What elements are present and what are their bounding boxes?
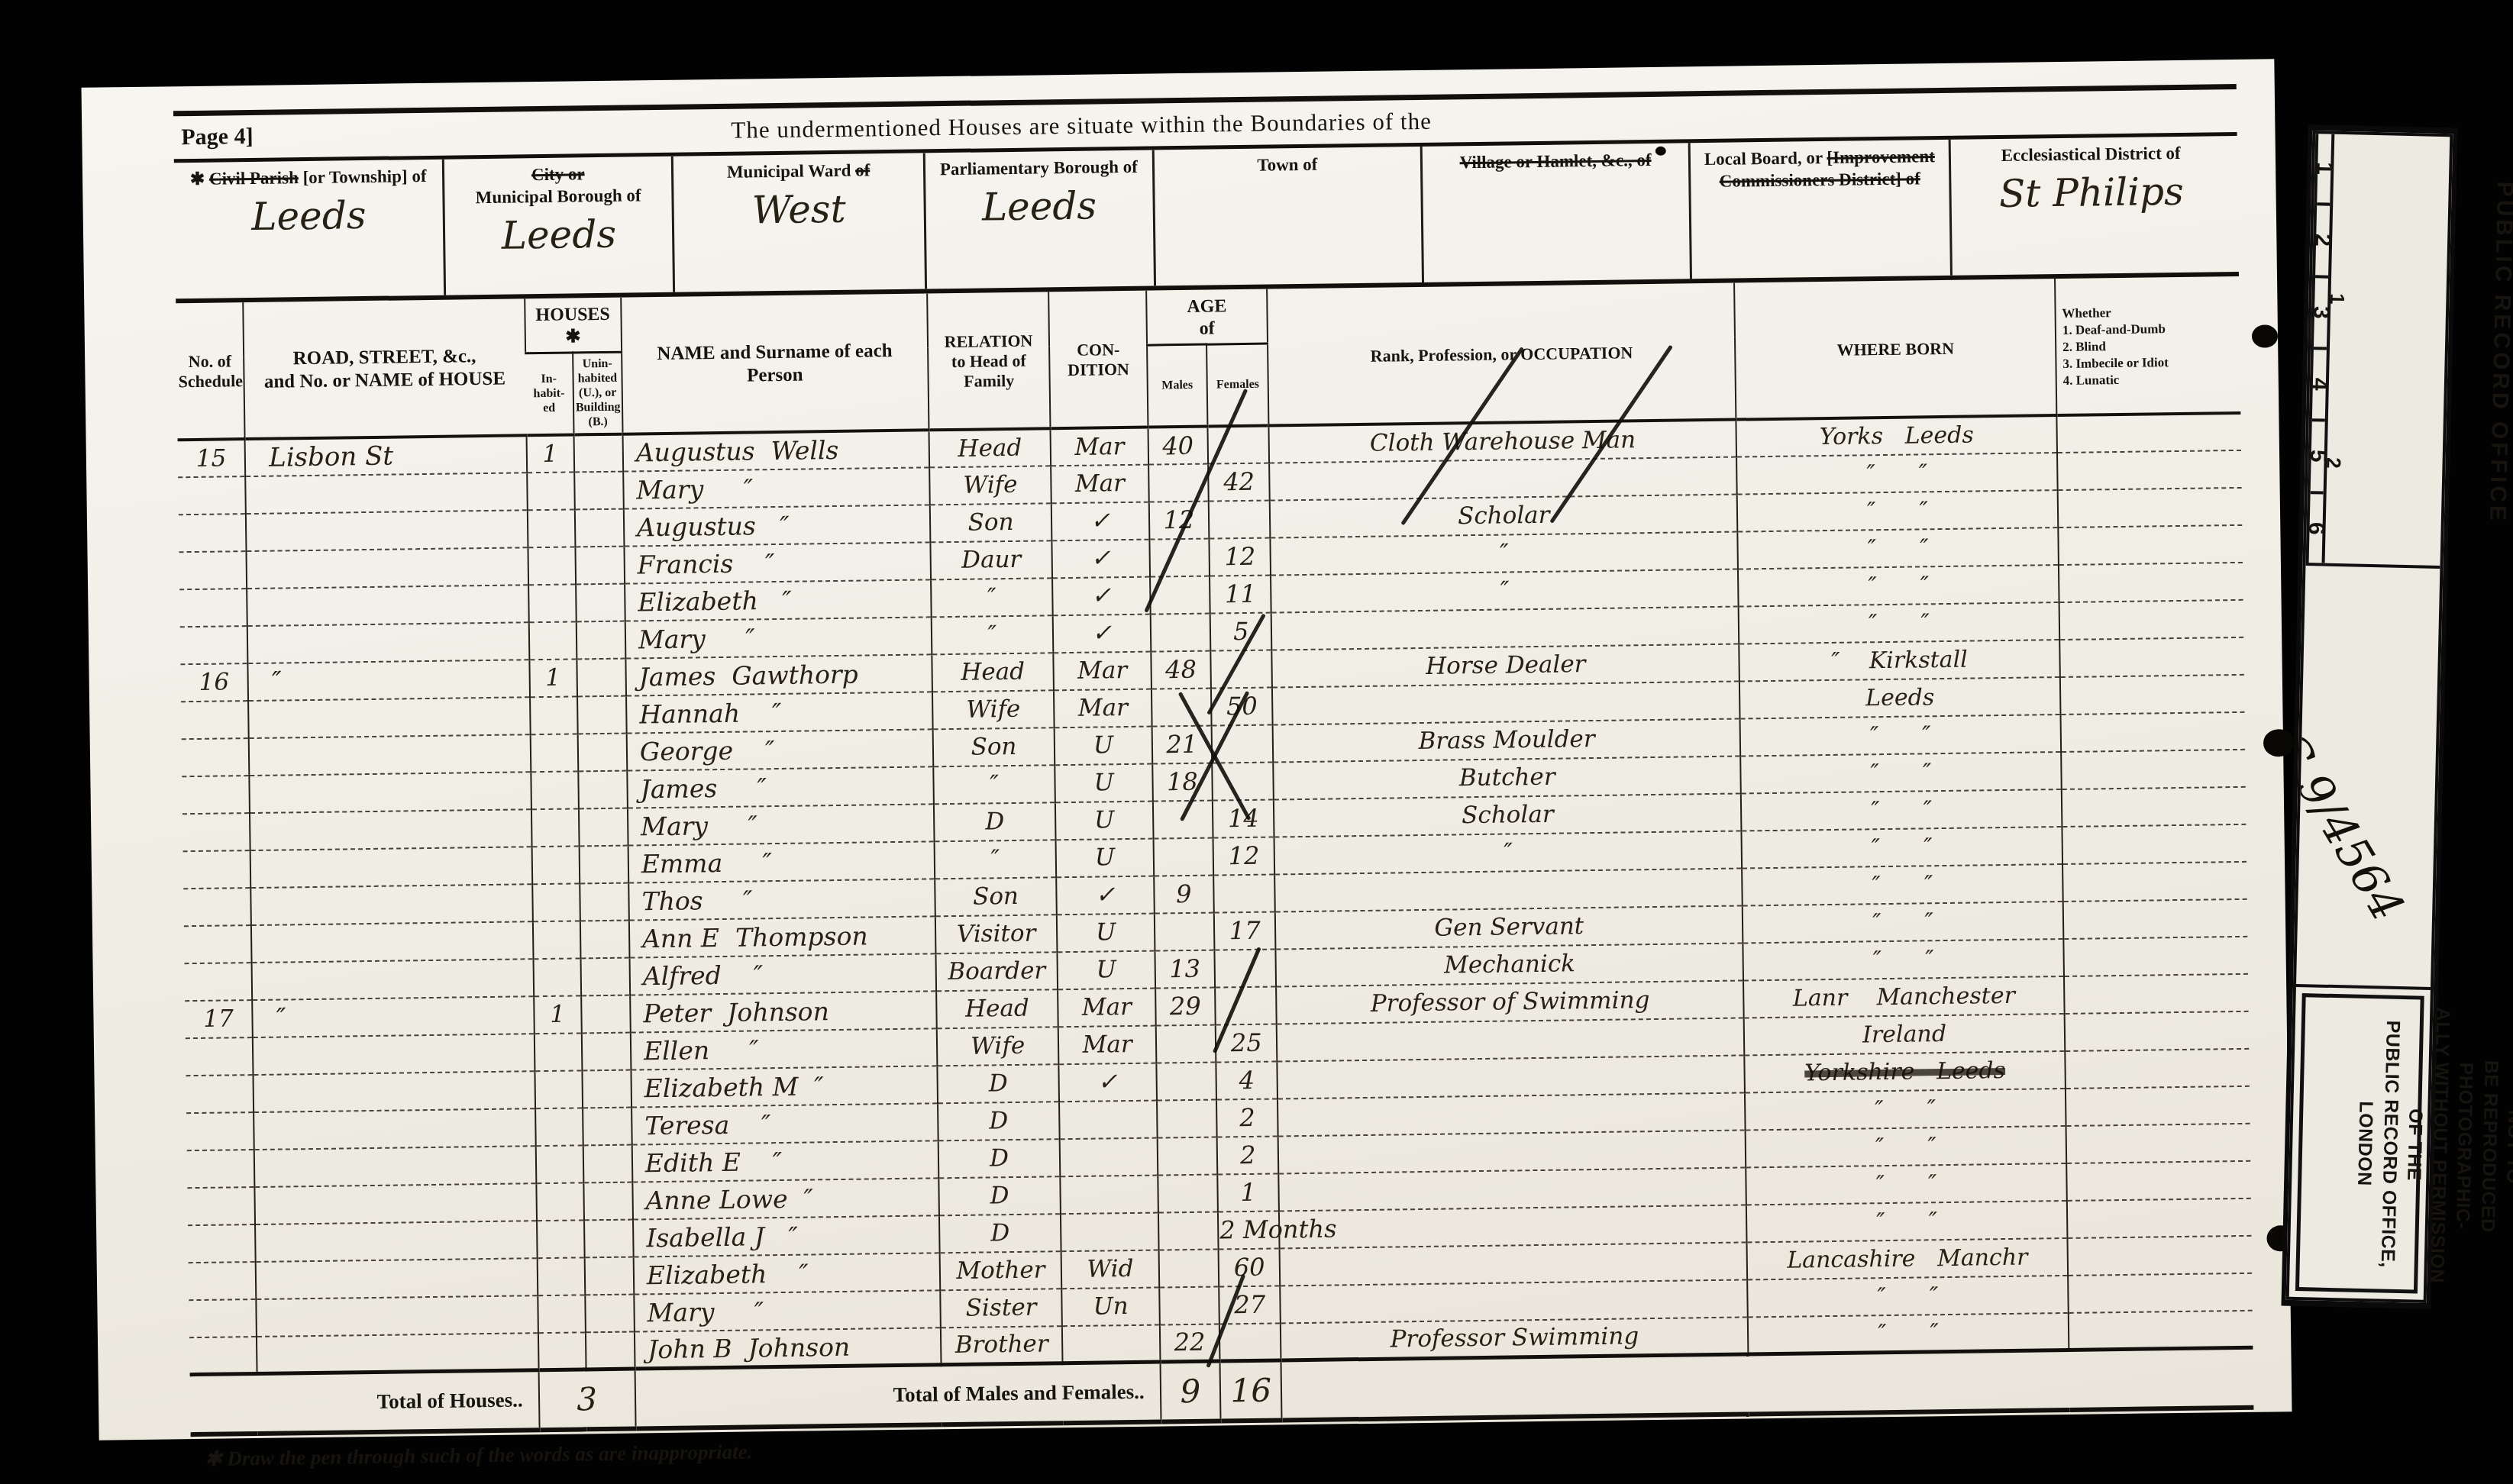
cell-street [255,1183,537,1224]
cell-inhabited [534,1033,582,1071]
cell-name: Alfred ″ [629,953,935,995]
cell-male [1159,1286,1219,1324]
total-empty [1281,1347,2254,1420]
cell-name: Ann E Thompson [629,916,935,957]
cell-male [1157,1099,1217,1137]
cell-relation: D [938,1102,1060,1140]
cell-condition [1060,1137,1158,1176]
cell-relation: Visitor [935,915,1057,953]
col-header-condition: CON- DITION [1049,291,1148,428]
cell-occupation [1274,868,1743,911]
cell-male [1153,837,1213,876]
cell-uninhabited [583,1144,632,1182]
cell-schedule [182,738,250,776]
cell-occupation [1280,1242,1748,1286]
cell-schedule: 16 [180,663,248,702]
cell-female: 4 [1216,1061,1278,1099]
col-header-females: Females [1206,344,1269,426]
total-mf-label: Total of Males and Females.. [635,1362,1161,1428]
cell-disability [2057,450,2242,489]
col-header-name: NAME and Surname of each Person [621,293,929,434]
cell-female: 2 [1217,1136,1279,1174]
cell-male: 40 [1148,426,1208,464]
cell-disability [2066,1086,2250,1125]
cell-uninhabited [585,1294,635,1332]
cell-inhabited [530,696,578,734]
cell-uninhabited [580,882,629,921]
cell-schedule [186,1037,254,1076]
cell-uninhabited [579,808,628,846]
cell-born: ″ ″ [1746,1163,2066,1204]
cell-born: ″ ″ [1743,902,2063,943]
cell-uninhabited [577,733,627,771]
cell-male [1156,1062,1216,1100]
cell-female: 17 [1214,911,1276,950]
header-field-value: West [751,187,845,233]
cell-occupation: Brass Moulder [1273,718,1741,762]
cell-born: ″ Kirkstall [1739,640,2059,681]
cell-name: Francis ″ [624,542,930,583]
cell-disability [2058,487,2243,527]
cell-schedule [185,963,253,1001]
cell-schedule [182,813,250,851]
cell-occupation: Scholar [1270,494,1738,537]
header-field: Village or Hamlet, &c., of [1420,143,1691,282]
cell-relation: D [939,1214,1061,1253]
cell-inhabited [528,584,577,622]
cell-female: 2 [1216,1098,1278,1137]
copyright-notice: COPYRIGHT PHOTOGRAPH—NOT TO BE REPRODUCE… [2350,994,2513,1298]
cell-born: ″ ″ [1740,715,2061,756]
cell-occupation [1277,1018,1745,1061]
cell-occupation: Mechanick [1276,943,1744,986]
cell-occupation: ″ [1271,569,1739,612]
header-field-value: Leeds [501,211,616,257]
cell-disability [2060,711,2245,751]
cell-occupation: ″ [1271,531,1739,575]
cell-female: 12 [1213,837,1275,875]
cell-inhabited: 1 [529,659,577,697]
cell-name: Augustus Wells [622,430,929,471]
cell-condition: Mar [1058,1025,1156,1064]
cell-disability [2059,562,2243,602]
cell-male [1149,538,1210,576]
cell-disability [2056,412,2241,452]
cell-occupation [1277,1055,1746,1098]
header-field: City or Municipal Borough of Leeds [442,156,673,295]
cell-occupation [1279,1167,1747,1211]
boundary-header: ✱ Civil Parish [or Township] of LeedsCit… [174,136,2239,303]
col-header-relation: RELATION to Head of Family [927,292,1051,430]
cell-street [247,547,528,589]
cell-uninhabited [579,845,628,883]
cell-name: George ″ [627,729,933,770]
cell-schedule [189,1299,257,1337]
reference-number: R.G.9/4564 [2296,679,2414,930]
cell-relation: Mother [939,1251,1061,1290]
cell-inhabited [528,621,577,660]
scan-blemish [2263,729,2294,757]
cell-occupation: Professor Swimming [1281,1317,1749,1360]
cell-born: ″ ″ [1748,1312,2069,1353]
cell-uninhabited [584,1219,634,1257]
col-header-street: ROAD, STREET, &c., and No. or NAME of HO… [243,298,526,438]
cell-uninhabited [576,583,625,621]
cell-born: ″ ″ [1738,527,2059,569]
cell-inhabited [538,1332,586,1370]
cell-female [1213,874,1275,912]
cell-inhabited [527,472,575,510]
cell-schedule [179,551,247,589]
col-header-inhabited: In- habit- ed [525,353,574,435]
cell-disability [2066,1123,2250,1163]
cell-inhabited [538,1295,586,1333]
cell-uninhabited [573,434,623,472]
cell-born: Lancashire Manchr [1747,1237,2068,1279]
page-title: The undermentioned Houses are situate wi… [731,108,1432,144]
cell-relation: D [934,802,1056,841]
cell-condition: Wid [1061,1250,1159,1289]
cell-schedule [189,1262,257,1300]
cell-schedule [183,888,251,926]
ruler-number: 1 [2317,134,2331,206]
cell-schedule: 15 [178,439,246,477]
cell-condition: Mar [1058,988,1155,1027]
cell-relation: Wife [929,466,1051,505]
cell-disability [2058,524,2243,564]
cell-name: Edith E ″ [632,1140,938,1182]
ruler-number: 2 [2315,206,2330,279]
cell-name: James ″ [627,766,933,808]
cell-street [247,622,529,663]
cell-occupation: Professor of Swimming [1276,980,1744,1024]
cell-schedule [186,1112,254,1150]
cell-uninhabited [575,508,625,547]
cell-name: Isabella J ″ [633,1215,939,1257]
cell-uninhabited [577,621,626,659]
cell-male [1158,1174,1218,1212]
cell-uninhabited [584,1257,634,1295]
cell-schedule [187,1187,255,1225]
cell-disability [2063,936,2248,976]
cell-born: Ireland [1744,1014,2065,1055]
cell-female [1209,500,1271,538]
cell-occupation [1277,1092,1746,1136]
scan-background: Page 4] The undermentioned Houses are si… [0,0,2513,1484]
cell-inhabited [537,1257,585,1295]
cell-born: ″ ″ [1740,752,2061,793]
cell-disability [2067,1235,2252,1275]
cell-occupation: Butcher [1274,756,1742,799]
cell-born: ″ ″ [1746,1126,2066,1167]
cell-occupation: Cloth Warehouse Man [1269,419,1737,463]
cell-uninhabited [582,1032,631,1070]
cell-disability [2062,786,2247,826]
cell-male: 9 [1154,875,1214,913]
total-houses-value: 3 [538,1369,635,1430]
cell-female: 12 [1210,537,1271,576]
cell-disability [2068,1273,2253,1312]
cell-condition: U [1057,913,1155,952]
cell-occupation [1269,456,1737,500]
cell-condition: Mar [1054,689,1152,727]
cell-born: ″ ″ [1739,602,2059,644]
col-header-age: AGE of [1146,289,1268,345]
cell-street [255,1221,537,1262]
cell-schedule [179,514,247,552]
cell-condition: U [1058,950,1155,989]
cell-condition: ✓ [1057,876,1155,915]
cell-relation: Boarder [935,952,1058,991]
cell-female: 2 Months [1218,1211,1280,1249]
cell-condition [1062,1324,1160,1363]
cell-schedule [187,1150,255,1188]
cell-male: 18 [1152,763,1213,801]
cell-street [253,1034,535,1075]
cell-uninhabited [574,471,624,509]
cell-condition: U [1055,726,1152,765]
cell-uninhabited [580,957,630,995]
cell-born: Leeds [1739,677,2060,718]
cell-occupation [1278,1130,1746,1173]
pro-stamp-strip: 12 123456 PUBLIC RECORD OFFICE Reference… [2281,124,2457,1309]
cell-street [249,734,531,776]
office-name-column: PUBLIC RECORD OFFICE [2324,134,2513,571]
cell-street: ″ [248,660,530,701]
total-males-value: 9 [1160,1361,1221,1421]
cell-street [248,697,530,738]
col-header-males: Males [1147,344,1208,427]
cell-street: ″ [252,996,534,1037]
cell-relation: ″ [934,840,1056,879]
cell-relation: Head [932,653,1054,692]
cell-inhabited [535,1145,583,1183]
cell-street [247,585,528,626]
stamp-paper: 12 123456 PUBLIC RECORD OFFICE Reference… [2286,131,2453,1303]
cell-born: ″ ″ [1741,789,2062,831]
cell-name: Mary ″ [634,1290,940,1331]
cell-condition [1059,1100,1157,1139]
cell-street [246,510,528,551]
header-field: Parliamentary Borough of Leeds [923,150,1154,289]
cell-male [1150,613,1210,651]
cell-name: Peter Johnson [630,991,936,1032]
cell-relation: Head [936,989,1058,1028]
cell-disability [2067,1198,2252,1237]
cell-relation: Son [932,727,1055,766]
cell-uninhabited [577,695,627,734]
cell-inhabited [535,1070,583,1108]
cell-name: Thos ″ [628,879,935,920]
cell-inhabited [531,808,579,847]
cell-relation: ″ [933,765,1055,804]
cell-name: Teresa ″ [631,1103,938,1144]
cell-schedule [179,589,247,627]
cell-female: 1 [1217,1173,1279,1211]
cell-uninhabited [583,1182,633,1220]
cell-name: Elizabeth ″ [625,579,931,621]
cell-relation: Wife [936,1027,1058,1066]
table-header: No. of Schedule ROAD, STREET, &c., and N… [176,276,2240,440]
cell-occupation [1280,1279,1748,1323]
cell-condition: Mar [1051,427,1148,466]
cell-relation: D [938,1176,1061,1215]
cell-name: Augustus ″ [624,505,930,546]
header-field-value: St Philips [1999,169,2184,216]
header-field: Municipal Ward of West [671,153,925,292]
cell-relation: Brother [941,1326,1063,1365]
col-header-born: WHERE BORN [1734,279,2056,419]
cell-female: 42 [1208,463,1270,501]
cell-name: Emma ″ [628,841,935,882]
cell-occupation [1279,1205,1747,1248]
cell-street [257,1295,538,1337]
cell-condition: ✓ [1053,614,1151,653]
census-table: No. of Schedule ROAD, STREET, &c., and N… [176,276,2253,1437]
cell-condition: U [1055,801,1153,840]
cell-inhabited [527,509,575,547]
cell-occupation [1272,681,1740,724]
cell-relation: Daur [930,540,1052,579]
cell-name: Ellen ″ [631,1028,937,1069]
cell-inhabited [528,547,576,585]
cell-occupation: Gen Servant [1275,905,1743,949]
cell-name: James Gawthorp [625,654,932,695]
col-header-uninhabited: Unin- habited (U.), or Building (B.) [573,352,623,434]
cell-condition: ✓ [1052,539,1150,578]
cell-relation: D [938,1139,1060,1178]
cell-inhabited [533,958,581,996]
census-page: Page 4] The undermentioned Houses are si… [82,59,2292,1440]
cell-street [250,847,532,888]
cell-male: 13 [1155,950,1215,988]
cell-disability [2063,898,2248,938]
cell-relation: ″ [931,615,1053,654]
cell-male [1157,1137,1217,1175]
cell-born: ″ ″ [1742,827,2062,868]
cell-born: Yorks Leeds [1736,415,2057,456]
header-field: ✱ Civil Parish [or Township] of Leeds [174,160,444,299]
cell-street [250,809,531,850]
cell-uninhabited [578,770,628,808]
cell-uninhabited [575,546,625,584]
cell-street [245,473,527,514]
ruler-number: 3 [2314,278,2328,350]
cell-occupation: Scholar [1274,793,1742,837]
cell-born: ″ ″ [1738,565,2059,606]
cell-schedule [186,1075,254,1113]
col-header-schedule: No. of Schedule [176,302,245,440]
ruler-number: 6 [2309,494,2324,563]
ruler: 12 123456 PUBLIC RECORD OFFICE [2305,134,2450,569]
cell-condition: ✓ [1051,502,1149,540]
cell-inhabited [532,883,580,921]
cell-disability [2059,599,2243,639]
cell-disability [2064,973,2249,1013]
cell-name: Elizabeth ″ [634,1253,940,1294]
header-field-value: Leeds [251,193,367,239]
cell-inhabited [537,1220,585,1258]
cell-disability [2065,1011,2250,1050]
cell-born: ″ ″ [1737,490,2058,531]
col-header-disability: Whether 1. Deaf-and-Dumb 2. Blind 3. Imb… [2055,276,2240,415]
cell-schedule [182,776,250,814]
header-field-value: Leeds [982,183,1097,229]
cell-occupation: ″ [1274,831,1743,874]
cell-born: Lanr Manchester [1743,976,2064,1018]
cell-relation: Son [929,503,1051,542]
cell-name: Mary ″ [623,467,929,508]
header-field: Town of [1152,147,1422,286]
cell-male [1154,912,1214,950]
ruler-number: 4 [2312,350,2327,422]
cell-inhabited [531,846,580,884]
cell-occupation [1271,606,1739,650]
header-field: Ecclesiastical District of St Philips [1948,136,2232,276]
cell-female [1215,986,1277,1024]
cell-male [1155,1024,1216,1063]
cell-uninhabited [583,1107,632,1145]
cell-male [1158,1249,1219,1287]
table-body: 15Lisbon St1Augustus WellsHeadMar40Cloth… [178,412,2253,1374]
cell-female: 11 [1210,575,1271,613]
cell-street [254,1146,536,1187]
cell-inhabited [536,1182,584,1221]
reference-label-wrap: Reference :— [2414,574,2437,705]
cell-inhabited [532,921,580,959]
cell-condition: Un [1062,1287,1160,1326]
reference-box: Reference :— R.G.9/4564 [2296,566,2440,990]
cell-male [1158,1211,1219,1250]
cell-schedule: 17 [185,1000,253,1038]
cell-inhabited [530,734,578,772]
cell-name: Mary ″ [625,617,932,658]
cell-uninhabited [582,1069,631,1108]
cell-street [251,884,533,925]
cell-uninhabited [580,920,630,958]
cell-relation: Son [935,877,1057,916]
cell-relation: Sister [940,1289,1062,1328]
cell-schedule [188,1224,256,1263]
cell-street [254,1071,535,1112]
cell-disability [2060,674,2245,714]
cell-street [257,1333,538,1374]
cell-condition: ✓ [1052,576,1150,615]
cell-inhabited: 1 [526,434,574,473]
cell-schedule [183,850,251,889]
total-houses-label: Total of Houses.. [190,1370,539,1434]
cell-born: Yorkshire Leeds [1745,1051,2066,1092]
col-header-houses: HOUSES ✱ [525,298,622,353]
cell-disability [2061,749,2246,789]
cell-condition [1061,1175,1158,1214]
scan-blemish [2252,324,2278,347]
cell-relation: D [937,1064,1059,1103]
cell-inhabited: 1 [534,995,582,1034]
copyright-box: COPYRIGHT PHOTOGRAPH—NOT TO BE REPRODUCE… [2289,987,2431,1300]
cell-disability [2065,1048,2250,1088]
cell-schedule [181,701,249,739]
cell-disability [2069,1310,2253,1350]
cell-name: Hannah ″ [626,692,932,733]
cell-name: John B Johnson [635,1328,941,1369]
cell-street [256,1258,538,1299]
cell-street [250,772,531,813]
cell-relation: Head [929,428,1051,467]
cell-born: ″ ″ [1742,864,2062,905]
cell-disability [2059,637,2244,676]
cell-born: ″ ″ [1743,939,2064,980]
